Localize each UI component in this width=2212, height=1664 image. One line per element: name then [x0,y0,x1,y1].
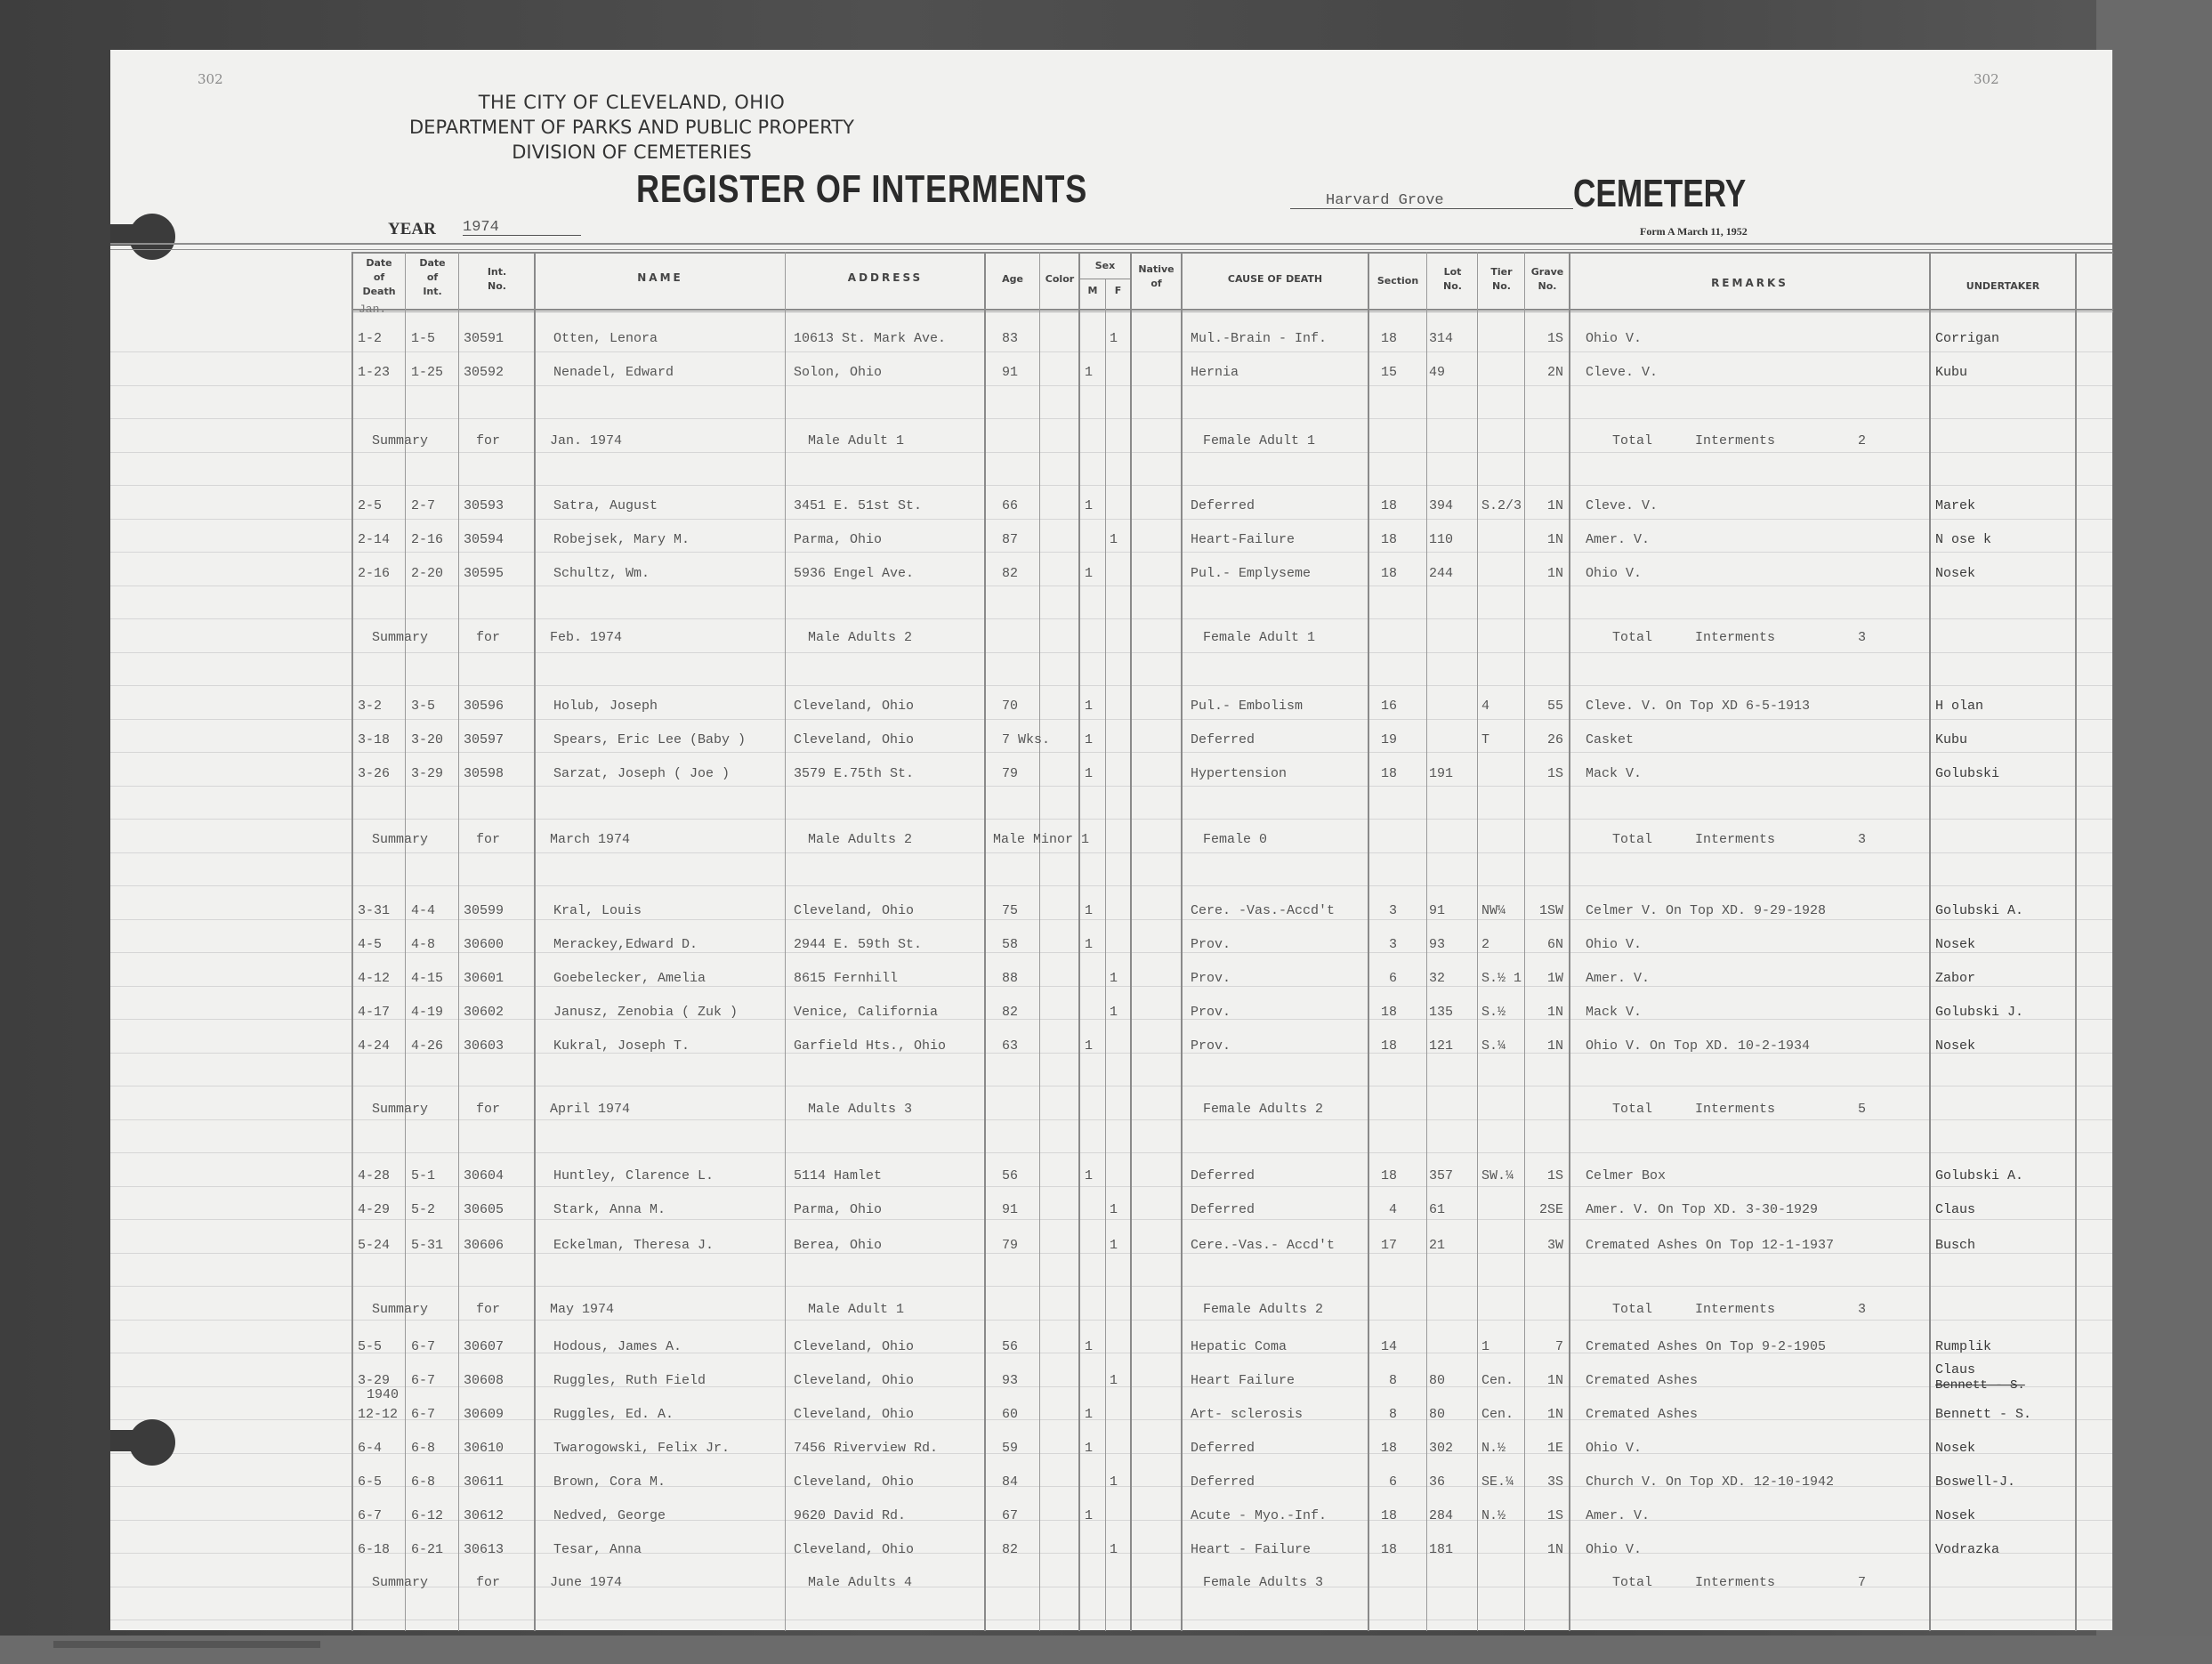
cell-cause: Heart - Failure [1191,1542,1311,1557]
year-value: 1974 [463,219,499,236]
col-line [351,252,353,1631]
cell-undertaker: Marek [1935,498,1975,513]
summary-interments-label: Interments [1695,1302,1775,1317]
summary-label: Summary [372,832,428,847]
summary-interments-label: Interments [1695,630,1775,645]
cell-name: Twarogowski, Felix Jr. [553,1441,730,1456]
cell-name: Goebelecker, Amelia [553,971,706,986]
cell-section: 14 [1381,1339,1397,1354]
summary-total-label: Total [1612,1575,1652,1590]
col-header-sex-m: M [1080,284,1105,298]
ruling-line [110,852,2112,853]
cell-name: Stark, Anna M. [553,1202,666,1217]
cell-tier: 2 [1481,937,1489,952]
cell-address: 10613 St. Mark Ave. [794,331,946,346]
summary-male-minor: Male Minor 1 [993,832,1089,847]
cell-name: Robejsek, Mary M. [553,532,690,547]
microfilm-edge-marking [53,1641,320,1648]
cell-cause: Pul.- Embolism [1191,699,1303,714]
col-header-date-of-death: Date of Death [353,256,405,299]
cell-cause: Hernia [1191,365,1239,380]
cell-remarks: Mack V. [1586,1005,1642,1020]
cell-doi: 2-16 [411,532,443,547]
cell-age: 63 [1002,1038,1018,1054]
cell-dod: 3-26 [358,766,390,781]
summary-female: Female Adults 2 [1203,1302,1323,1317]
cell-grave: 7 [1555,1339,1563,1354]
cell-undertaker: N ose k [1935,532,1991,547]
cell-m: 1 [1085,498,1093,513]
cell-m: 1 [1085,766,1093,781]
cell-undertaker: Golubski J. [1935,1005,2023,1020]
cell-cause: Deferred [1191,1168,1255,1183]
cell-age: 83 [1002,331,1018,346]
header-division: DIVISION OF CEMETERIES [400,141,863,163]
cell-name: Satra, August [553,498,658,513]
cell-undertaker: Busch [1935,1238,1975,1253]
summary-total-label: Total [1612,630,1652,645]
col-line [1105,279,1106,1631]
cell-undertaker: Kubu [1935,732,1967,747]
cell-age: 82 [1002,1542,1018,1557]
cell-address: Cleveland, Ohio [794,732,914,747]
cell-dod: 2-16 [358,566,390,581]
cell-name: Eckelman, Theresa J. [553,1238,714,1253]
cell-name: Sarzat, Joseph ( Joe ) [553,766,730,781]
col-header-cause-of-death: CAUSE OF DEATH [1183,272,1368,287]
ruling-line [110,385,2112,386]
ruling-line [110,618,2112,619]
ruling-line [110,1320,2112,1321]
cell-lot: 80 [1429,1407,1445,1422]
cell-name: Hodous, James A. [553,1339,682,1354]
col-line [1569,252,1570,1631]
col-header-native-of: Native of [1132,263,1181,291]
summary-label: Summary [372,1575,428,1590]
cell-f: 1 [1110,1542,1118,1557]
cell-dod: 4-28 [358,1168,390,1183]
ruling-line [110,1620,2112,1620]
ruling-line [110,719,2112,720]
cell-undertaker: Boswell-J. [1935,1474,2015,1490]
summary-month: Feb. 1974 [550,630,622,645]
summary-interments-label: Interments [1695,832,1775,847]
summary-total: 3 [1858,832,1866,847]
cell-doi: 3-5 [411,699,435,714]
cell-cause: Deferred [1191,1474,1255,1490]
cell-name: Kral, Louis [553,903,642,918]
cell-tier: N.½ [1481,1441,1506,1456]
cell-name: Brown, Cora M. [553,1474,666,1490]
cell-m: 1 [1085,699,1093,714]
cell-remarks: Amer. V. On Top XD. 3-30-1929 [1586,1202,1818,1217]
cell-int-no: 30592 [464,365,504,380]
cell-m: 1 [1085,1508,1093,1523]
cell-name: Nenadel, Edward [553,365,674,380]
col-header-remarks: REMARKS [1570,276,1929,290]
cell-int-no: 30593 [464,498,504,513]
header-bottom-border-2 [351,311,2113,312]
cell-int-no: 30601 [464,971,504,986]
cell-tier: 1 [1481,1339,1489,1354]
cell-name: Schultz, Wm. [553,566,650,581]
cell-int-no: 30595 [464,566,504,581]
cell-name: Kukral, Joseph T. [553,1038,690,1054]
ruling-line [110,485,2112,486]
cell-dod: 3-2 [358,699,382,714]
summary-total-label: Total [1612,433,1652,448]
cell-lot: 80 [1429,1373,1445,1388]
cell-address: Cleveland, Ohio [794,1373,914,1388]
cell-age: 91 [1002,1202,1018,1217]
cell-grave: 1W [1547,971,1563,986]
col-header-section: Section [1369,274,1426,288]
cell-address: 5936 Engel Ave. [794,566,914,581]
cell-lot: 394 [1429,498,1453,513]
cell-doi: 4-26 [411,1038,443,1054]
summary-month: June 1974 [550,1575,622,1590]
cell-undertaker: Bennett - S. [1935,1407,2031,1422]
cell-dod: 3-29 [358,1373,390,1388]
col-line [984,252,986,1631]
cell-doi: 2-20 [411,566,443,581]
summary-for: for [476,1575,500,1590]
cell-address: Cleveland, Ohio [794,1339,914,1354]
col-header-name: NAME [536,271,785,285]
top-rule [110,243,2112,245]
cell-name: Ruggles, Ed. A. [553,1407,674,1422]
cell-doi: 6-7 [411,1339,435,1354]
cell-remarks: Ohio V. On Top XD. 10-2-1934 [1586,1038,1810,1054]
cell-section: 18 [1381,1441,1397,1456]
summary-male: Male Adults 3 [808,1102,912,1117]
cemetery-name: Harvard Grove [1326,192,1444,209]
cell-f: 1 [1110,532,1118,547]
cell-cause: Deferred [1191,1441,1255,1456]
cell-cause: Cere.-Vas.- Accd't [1191,1238,1335,1253]
cell-undertaker: Golubski [1935,766,1999,781]
cell-tier: Cen. [1481,1373,1514,1388]
cell-tier: SE.¼ [1481,1474,1514,1490]
cell-dod: 4-12 [358,971,390,986]
cell-cause: Prov. [1191,937,1231,952]
summary-male: Male Adult 1 [808,1302,904,1317]
cell-age: 56 [1002,1168,1018,1183]
header-department: DEPARTMENT OF PARKS AND PUBLIC PROPERTY [383,117,881,138]
cell-f: 1 [1110,1474,1118,1490]
col-line [1181,252,1183,1631]
cell-doi: 3-20 [411,732,443,747]
col-line [1524,252,1525,1631]
page-title: REGISTER OF INTERMENTS [636,167,1087,212]
cell-address: Cleveland, Ohio [794,1474,914,1490]
summary-label: Summary [372,630,428,645]
cell-dod: 4-5 [358,937,382,952]
cell-grave: 1S [1547,331,1563,346]
cell-doi: 4-8 [411,937,435,952]
cell-int-no: 30597 [464,732,504,747]
cell-grave: 1N [1547,1542,1563,1557]
col-header-sex-f: F [1106,284,1130,298]
ruling-line [110,652,2112,653]
cell-lot: 357 [1429,1168,1453,1183]
cell-m: 1 [1085,365,1093,380]
cell-dod: 6-18 [358,1542,390,1557]
cell-section: 18 [1381,566,1397,581]
cell-section: 6 [1389,1474,1397,1490]
cell-section: 8 [1389,1373,1397,1388]
cell-age: 91 [1002,365,1018,380]
cell-section: 17 [1381,1238,1397,1253]
summary-total: 7 [1858,1575,1866,1590]
cell-lot: 135 [1429,1005,1453,1020]
cell-undertaker-struck: Bennett - S. [1935,1378,2025,1393]
cell-remarks: Cleve. V. On Top XD 6-5-1913 [1586,699,1810,714]
cell-remarks: Ohio V. [1586,566,1642,581]
ruling-line [110,1152,2112,1153]
scanner-background-bottom [0,1636,2212,1664]
cell-age: 82 [1002,1005,1018,1020]
col-header-age: Age [986,272,1039,287]
cell-name: Nedved, George [553,1508,666,1523]
cell-doi: 2-7 [411,498,435,513]
cell-int-no: 30602 [464,1005,504,1020]
ruling-line [110,351,2112,352]
summary-for: for [476,1102,500,1117]
summary-male: Male Adults 2 [808,630,912,645]
col-line [405,252,406,1631]
cell-dod: 4-17 [358,1005,390,1020]
cell-lot: 121 [1429,1038,1453,1054]
cell-f: 1 [1110,971,1118,986]
cell-undertaker: Golubski A. [1935,903,2023,918]
summary-total-label: Total [1612,1102,1652,1117]
cell-age: 70 [1002,699,1018,714]
cell-section: 18 [1381,1005,1397,1020]
cell-grave: 1SW [1539,903,1563,918]
cell-address: 3451 E. 51st St. [794,498,922,513]
cell-int-no: 30611 [464,1474,504,1490]
cell-dod: 5-24 [358,1238,390,1253]
cell-section: 18 [1381,766,1397,781]
cell-grave: 1N [1547,498,1563,513]
cell-grave: 3W [1547,1238,1563,1253]
cell-remarks: Celmer V. On Top XD. 9-29-1928 [1586,903,1826,918]
cell-section: 18 [1381,498,1397,513]
cell-dod: 1-2 [358,331,382,346]
cell-section: 18 [1381,532,1397,547]
cell-grave: 1N [1547,1407,1563,1422]
cell-address: Parma, Ohio [794,1202,882,1217]
cell-lot: 61 [1429,1202,1445,1217]
cell-age: 56 [1002,1339,1018,1354]
cell-section: 18 [1381,1038,1397,1054]
cell-age: 79 [1002,766,1018,781]
cell-age: 66 [1002,498,1018,513]
cell-section: 15 [1381,365,1397,380]
cell-age: 75 [1002,903,1018,918]
cell-m: 1 [1085,566,1093,581]
cell-undertaker: Claus [1935,1202,1975,1217]
cell-doi: 1-25 [411,365,443,380]
cell-lot: 93 [1429,937,1445,952]
summary-interments-label: Interments [1695,1102,1775,1117]
cell-undertaker: Corrigan [1935,331,1999,346]
year-label: YEAR [388,220,436,239]
summary-label: Summary [372,433,428,448]
cell-section: 18 [1381,331,1397,346]
cell-address: Berea, Ohio [794,1238,882,1253]
cell-doi: 4-15 [411,971,443,986]
ruling-line [110,952,2112,953]
cell-dod: 2-5 [358,498,382,513]
cell-dod: 1-23 [358,365,390,380]
cell-dod: 12-12 [358,1407,398,1422]
cell-undertaker: Vodrazka [1935,1542,1999,1557]
cell-lot: 314 [1429,331,1453,346]
cell-f: 1 [1110,1238,1118,1253]
ruling-line [110,1119,2112,1120]
cell-remarks: Cremated Ashes [1586,1407,1698,1422]
cell-remarks: Celmer Box [1586,1168,1666,1183]
ruling-line [110,1286,2112,1287]
cell-cause: Pul.- Emplyseme [1191,566,1311,581]
cell-name: Ruggles, Ruth Field [553,1373,706,1388]
cell-int-no: 30612 [464,1508,504,1523]
summary-for: for [476,832,500,847]
cell-undertaker: Nosek [1935,1441,1975,1456]
summary-label: Summary [372,1102,428,1117]
cell-remarks: Cremated Ashes [1586,1373,1698,1388]
cell-m: 1 [1085,1038,1093,1054]
summary-male: Male Adults 2 [808,832,912,847]
cell-age: 84 [1002,1474,1018,1490]
summary-month: April 1974 [550,1102,630,1117]
summary-total: 3 [1858,630,1866,645]
cell-section: 18 [1381,1168,1397,1183]
ruling-line [110,552,2112,553]
form-note: Form A March 11, 1952 [1640,225,1748,238]
ruling-line [110,1086,2112,1086]
cell-dod: 4-29 [358,1202,390,1217]
cell-age: 58 [1002,937,1018,952]
cell-m: 1 [1085,732,1093,747]
cell-grave: 1S [1547,1168,1563,1183]
sex-divider [1078,279,1130,279]
summary-interments-label: Interments [1695,433,1775,448]
cell-cause: Prov. [1191,1005,1231,1020]
cell-remarks: Ohio V. [1586,1441,1642,1456]
cell-dod-year: 1940 [367,1387,399,1402]
cell-remarks: Amer. V. [1586,1508,1650,1523]
col-line [1039,252,1040,1631]
ruling-line [110,1253,2112,1254]
cell-cause: Mul.-Brain - Inf. [1191,331,1327,346]
ruling-line [110,885,2112,886]
page-number-right: 302 [1974,71,1999,87]
cell-int-no: 30603 [464,1038,504,1054]
summary-male: Male Adult 1 [808,433,904,448]
cell-lot: 110 [1429,532,1453,547]
cell-undertaker: Nosek [1935,1038,1975,1054]
ruling-line [110,986,2112,987]
cell-lot: 49 [1429,365,1445,380]
summary-female: Female Adult 1 [1203,630,1315,645]
cell-doi: 6-8 [411,1474,435,1490]
ruling-line [110,586,2112,586]
cell-section: 8 [1389,1407,1397,1422]
cell-undertaker: Nosek [1935,566,1975,581]
cell-address: 2944 E. 59th St. [794,937,922,952]
cell-name: Otten, Lenora [553,331,658,346]
summary-total-label: Total [1612,1302,1652,1317]
cell-cause: Prov. [1191,971,1231,986]
cell-int-no: 30594 [464,532,504,547]
ruling-line [110,452,2112,453]
cell-age: 93 [1002,1373,1018,1388]
cell-tier: 4 [1481,699,1489,714]
col-line [1368,252,1369,1631]
cell-address: 5114 Hamlet [794,1168,882,1183]
cell-undertaker: Zabor [1935,971,1975,986]
cell-age: 59 [1002,1441,1018,1456]
cell-cause: Hepatic Coma [1191,1339,1287,1354]
ruling-line [110,786,2112,787]
cell-int-no: 30608 [464,1373,504,1388]
cell-doi: 6-7 [411,1373,435,1388]
cell-section: 19 [1381,732,1397,747]
cell-address: Venice, California [794,1005,938,1020]
summary-for: for [476,433,500,448]
cell-lot: 302 [1429,1441,1453,1456]
cell-cause: Deferred [1191,732,1255,747]
cell-int-no: 30607 [464,1339,504,1354]
summary-for: for [476,1302,500,1317]
summary-total: 2 [1858,433,1866,448]
cell-lot: 284 [1429,1508,1453,1523]
cell-remarks: Cleve. V. [1586,365,1658,380]
cell-grave: 1N [1547,1038,1563,1054]
col-header-tier-no: Tier No. [1479,265,1524,294]
cell-remarks: Cremated Ashes On Top 9-2-1905 [1586,1339,1826,1354]
col-header-address: ADDRESS [787,271,984,285]
cell-cause: Deferred [1191,498,1255,513]
cell-doi: 3-29 [411,766,443,781]
cell-m: 1 [1085,1441,1093,1456]
cell-age: 88 [1002,971,1018,986]
cell-grave: 1N [1547,566,1563,581]
header-bottom-border [351,309,2113,311]
cell-doi: 4-4 [411,903,435,918]
ruling-line [110,1219,2112,1220]
cell-doi: 6-12 [411,1508,443,1523]
cell-name: Huntley, Clarence L. [553,1168,714,1183]
cell-m: 1 [1085,937,1093,952]
cell-cause: Heart Failure [1191,1373,1295,1388]
summary-month: May 1974 [550,1302,614,1317]
cell-name: Merackey,Edward D. [553,937,698,952]
cell-address: Cleveland, Ohio [794,699,914,714]
cell-lot: 91 [1429,903,1445,918]
cell-int-no: 30598 [464,766,504,781]
ruling-line [110,919,2112,920]
cell-cause: Art- sclerosis [1191,1407,1303,1422]
cell-f: 1 [1110,1373,1118,1388]
cell-doi: 5-1 [411,1168,435,1183]
summary-month: March 1974 [550,832,630,847]
cell-age: 60 [1002,1407,1018,1422]
col-line [1426,252,1427,1631]
